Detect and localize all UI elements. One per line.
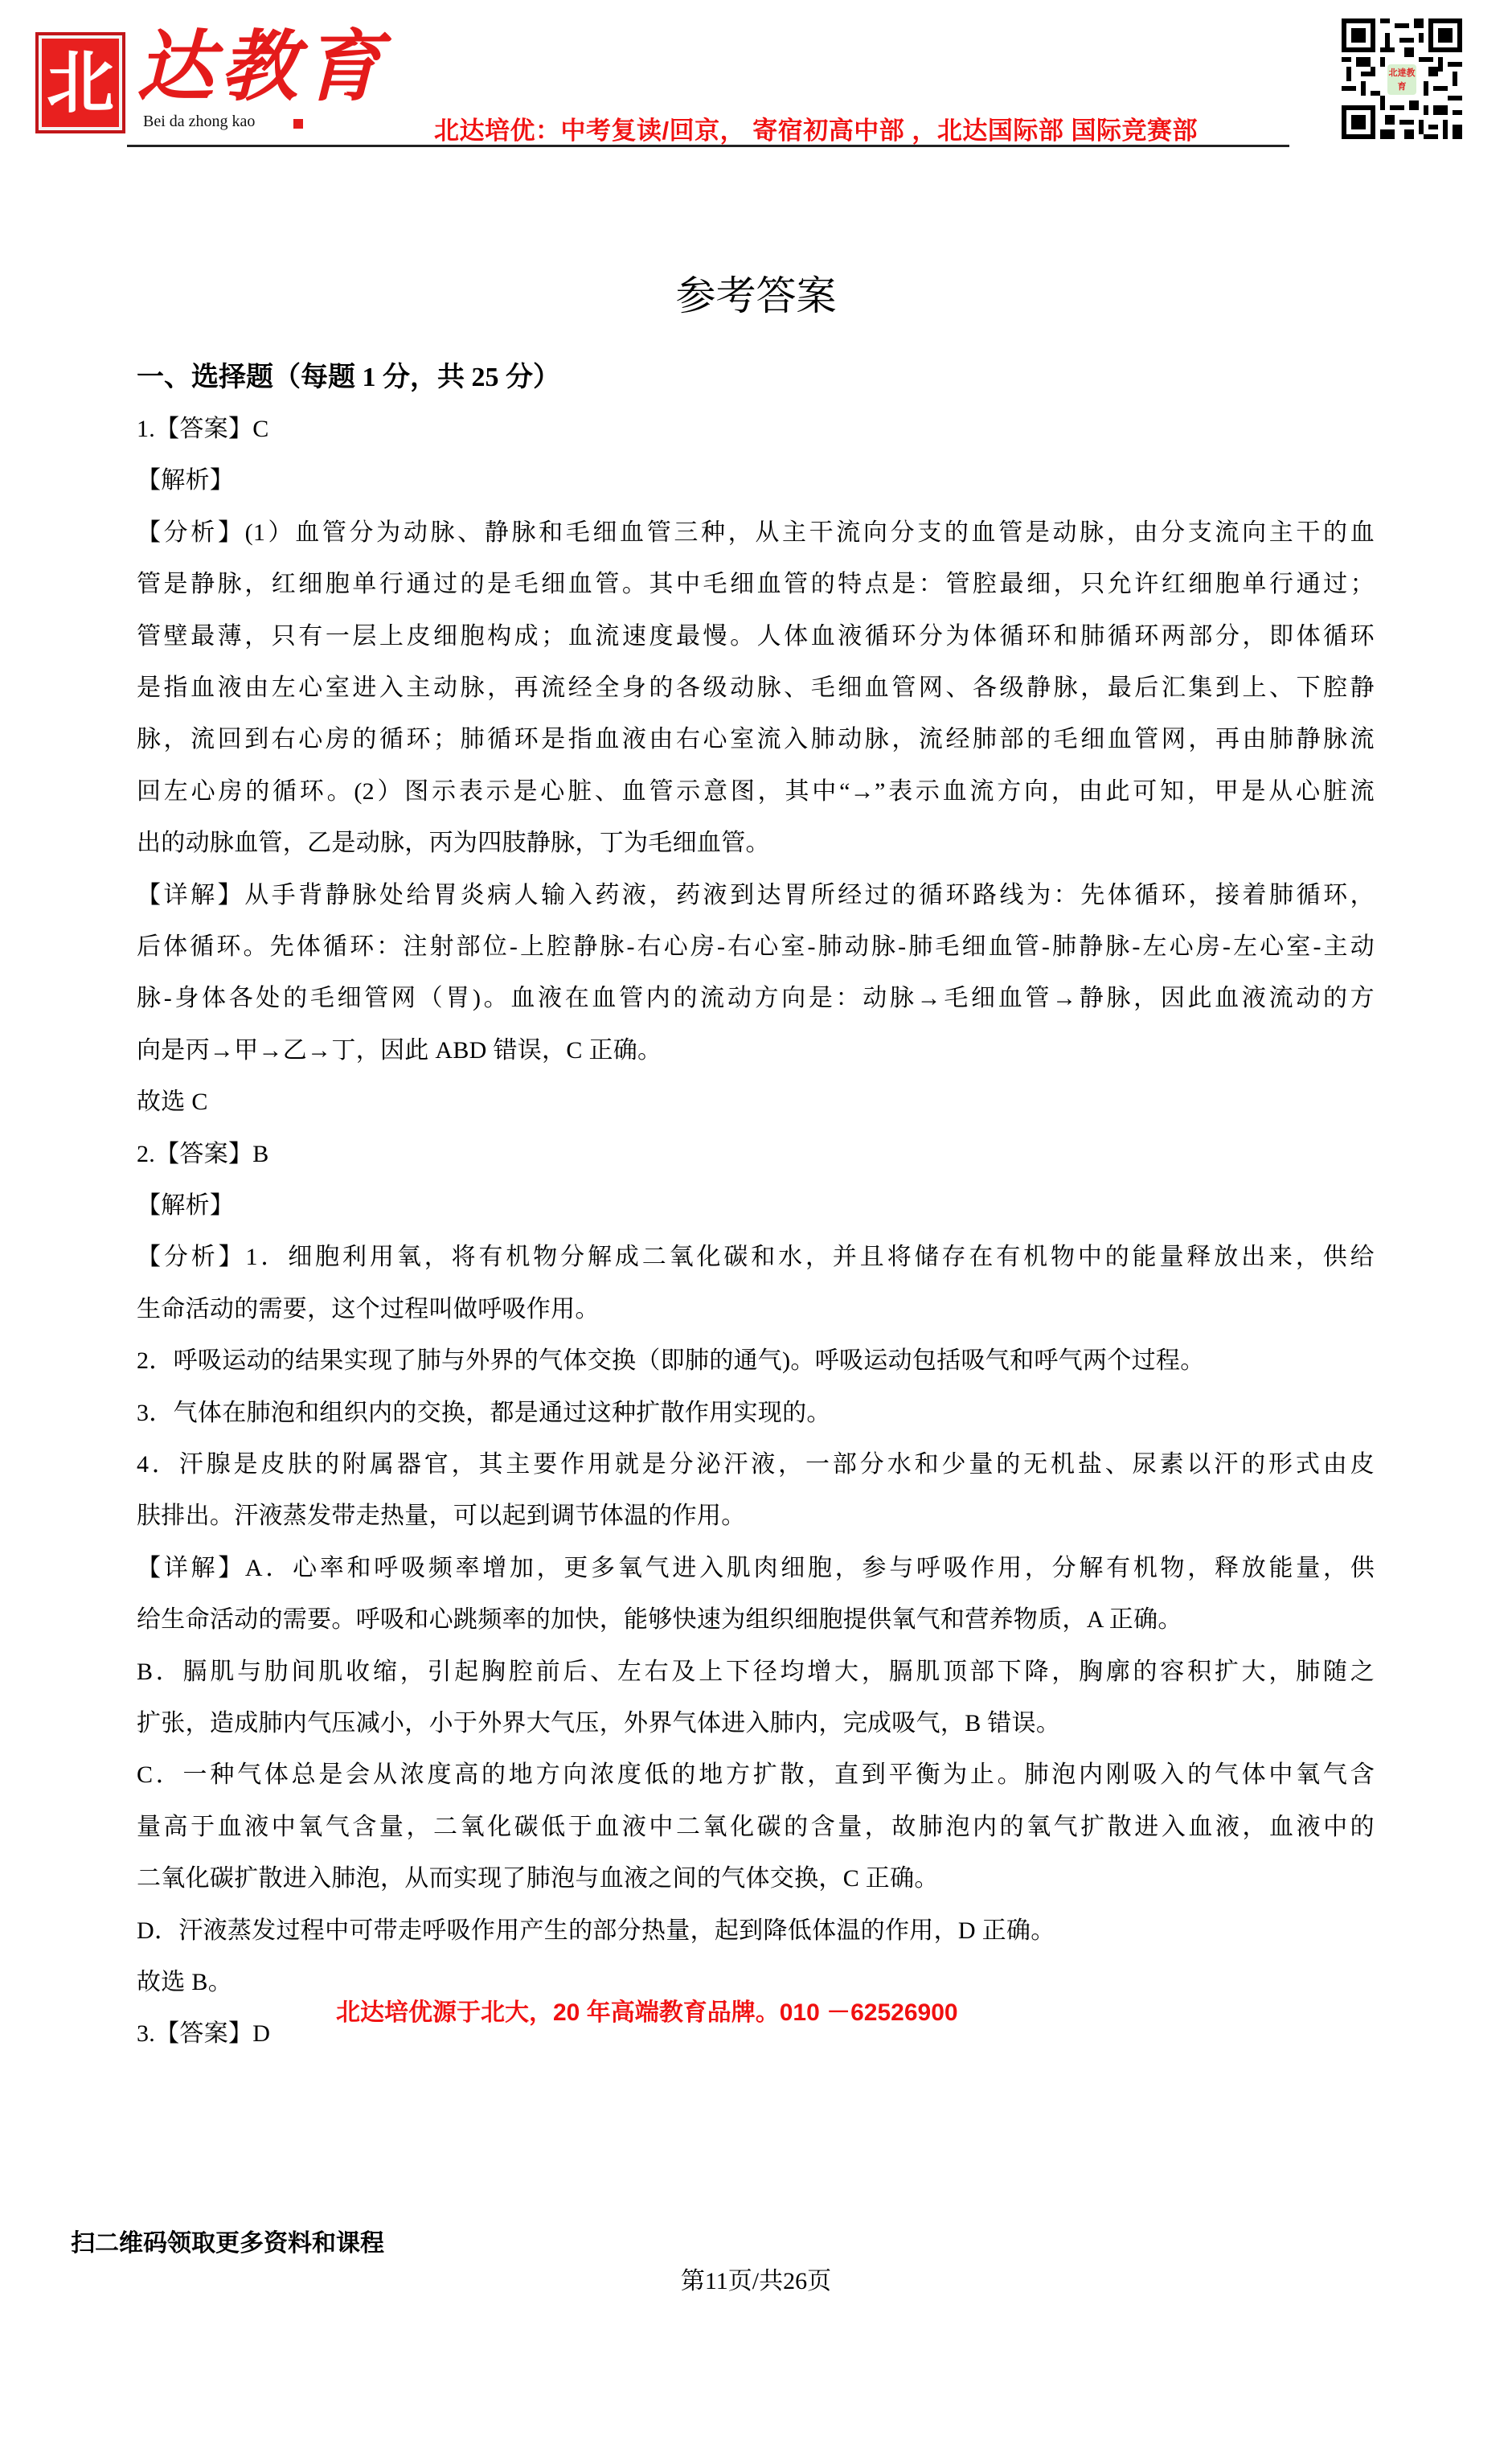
qr-code-icon: 北達教育 — [1342, 18, 1462, 139]
qr-logo-badge: 北達教育 — [1387, 64, 1416, 95]
text-line: 管壁最薄，只有一层上皮细胞构成；血流速度最慢。人体血液循环分为体循环和肺循环两部… — [137, 621, 1375, 653]
page-indicator: 第11页/共26页 — [0, 2261, 1512, 2296]
text-line: 生命活动的需要，这个过程叫做呼吸作用。 — [137, 1294, 1375, 1326]
text-line: 【分析】(1）血管分为动脉、静脉和毛细血管三种，从主干流向分支的血管是动脉，由分… — [137, 517, 1375, 549]
text-line: 【解析】 — [137, 1190, 1375, 1222]
header-divider — [127, 145, 1289, 147]
text-line: 回左心房的循环。(2）图示表示是心脏、血管示意图，其中“→”表示血流方向，由此可… — [137, 776, 1375, 808]
text-line: 二氧化碳扩散进入肺泡，从而实现了肺泡与血液之间的气体交换，C 正确。 — [137, 1863, 1375, 1895]
text-line: 肤排出。汗液蒸发带走热量，可以起到调节体温的作用。 — [137, 1500, 1375, 1532]
text-line: 【分析】1．细胞利用氧，将有机物分解成二氧化碳和水，并且将储存在有机物中的能量释… — [137, 1241, 1375, 1273]
text-line: D．汗液蒸发过程中可带走呼吸作用产生的部分热量，起到降低体温的作用，D 正确。 — [137, 1915, 1375, 1947]
text-line: 脉，流回到右心房的循环；肺循环是指血液由右心室流入肺动脉，流经肺部的毛细血管网，… — [137, 724, 1375, 756]
text-line: 4．汗腺是皮肤的附属器官，其主要作用就是分泌汗液，一部分水和少量的无机盐、尿素以… — [137, 1449, 1375, 1481]
text-line: 后体循环。先体循环：注射部位-上腔静脉-右心房-右心室-肺动脉-肺毛细血管-肺静… — [137, 931, 1375, 963]
text-line: 向是丙→甲→乙→丁，因此 ABD 错误，C 正确。 — [137, 1035, 1375, 1067]
text-line: 3．气体在肺泡和组织内的交换，都是通过这种扩散作用实现的。 — [137, 1397, 1375, 1429]
text-line: 量高于血液中氧气含量，二氧化碳低于血液中二氧化碳的含量，故肺泡内的氧气扩散进入血… — [137, 1811, 1375, 1843]
promo-banner: 北达培优源于北大，20 年高端教育品牌。010 －62526900 — [336, 1992, 958, 2028]
text-line: 【解析】 — [137, 465, 1375, 497]
logo-square-decoration — [293, 119, 303, 129]
text-line: 出的动脉血管，乙是动脉，丙为四肢静脉，丁为毛细血管。 — [137, 827, 1375, 859]
text-line: 扩张，造成肺内气压减小，小于外界大气压，外界气体进入肺内，完成吸气，B 错误。 — [137, 1708, 1375, 1740]
text-line: B．膈肌与肋间肌收缩，引起胸腔前后、左右及上下径均增大，膈肌顶部下降，胸廓的容积… — [137, 1656, 1375, 1688]
text-line: C．一种气体总是会从浓度高的地方向浓度低的地方扩散，直到平衡为止。肺泡内刚吸入的… — [137, 1759, 1375, 1791]
logo-subtitle: Bei da zhong kao — [143, 113, 255, 131]
text-line: 是指血液由左心室进入主动脉，再流经全身的各级动脉、毛细血管网、各级静脉，最后汇集… — [137, 672, 1375, 704]
text-line: 1.【答案】C — [137, 413, 1375, 445]
text-line: 2．呼吸运动的结果实现了肺与外界的气体交换（即肺的通气)。呼吸运动包括吸气和呼气… — [137, 1345, 1375, 1377]
header-slogan: 北达培优：中考复读/回京， 寄宿初高中部 ，北达国际部 国际竞赛部 — [434, 110, 1198, 146]
text-line: 故选 C — [137, 1086, 1375, 1118]
text-line: 给生命活动的需要。呼吸和心跳频率的加快，能够快速为组织细胞提供氧气和营养物质，A… — [137, 1604, 1375, 1636]
document-title: 参考答案 — [0, 272, 1512, 320]
section-heading: 一、选择题（每题 1 分，共 25 分） — [137, 360, 560, 396]
logo-mark-char: 北 — [47, 49, 114, 117]
logo-text: 达教育 — [137, 28, 387, 105]
qr-prompt: 扫二维码领取更多资料和课程 — [71, 2223, 384, 2258]
logo-mark: 北 — [35, 32, 125, 133]
text-line: 【详解】从手背静脉处给胃炎病人输入药液，药液到达胃所经过的循环路线为：先体循环，… — [137, 880, 1375, 912]
text-line: 【详解】A．心率和呼吸频率增加，更多氧气进入肌肉细胞，参与呼吸作用，分解有机物，… — [137, 1552, 1375, 1585]
text-line: 2.【答案】B — [137, 1138, 1375, 1171]
text-line: 管是静脉，红细胞单行通过的是毛细血管。其中毛细血管的特点是：管腔最细，只允许红细… — [137, 568, 1375, 601]
text-line: 脉-身体各处的毛细管网（胃)。血液在血管内的流动方向是：动脉→毛细血管→静脉，因… — [137, 982, 1375, 1015]
